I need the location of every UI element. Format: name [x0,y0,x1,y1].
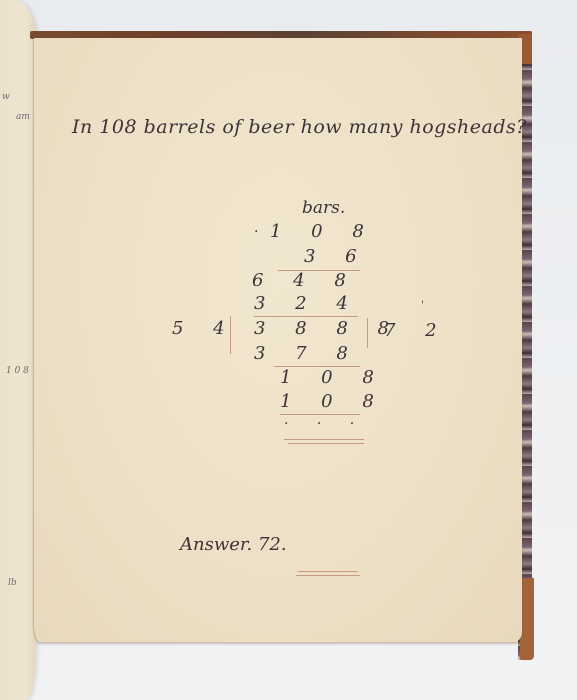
remainder-step: 1 0 8 [280,367,386,388]
subtraction-2: 1 0 8 [280,391,386,412]
multiplier: 3 6 [304,246,369,267]
divisor-bracket [230,316,231,354]
copybook-page: In 108 barrels of beer how many hogshead… [34,38,522,642]
left-page-fragment: lb [8,578,17,588]
leading-dot: . [254,220,258,236]
left-page-fragment: w [2,92,10,102]
multiplicand: 1 0 8 [270,221,376,242]
double-rule-bottom [288,443,364,444]
partial-product-1: 6 4 8 [252,270,358,291]
quotient: 7 2 [384,320,449,341]
answer-text: Answer. 72. [180,534,287,555]
subtraction-1: 3 7 8 [254,343,360,364]
partial-product-2: 3 2 4 [254,293,360,314]
unit-label: bars. [302,198,345,218]
tick-mark: ' [421,300,424,311]
dividend: 3 8 8 8 [254,318,401,339]
leather-corner-bottom [520,578,534,660]
left-facing-page: w am 1 0 8 lb [0,0,36,700]
final-remainder: . . . [284,412,366,428]
quotient-bracket [367,318,368,348]
sum-rule [254,316,358,317]
left-page-fragment: 1 0 8 [6,366,29,376]
double-rule-top [284,439,364,440]
question-text: In 108 barrels of beer how many hogshead… [72,116,527,138]
answer-underline-bottom [296,575,360,576]
answer-underline-top [298,571,358,572]
divisor: 5 4 [172,318,237,339]
left-page-fragment: am [16,112,30,122]
